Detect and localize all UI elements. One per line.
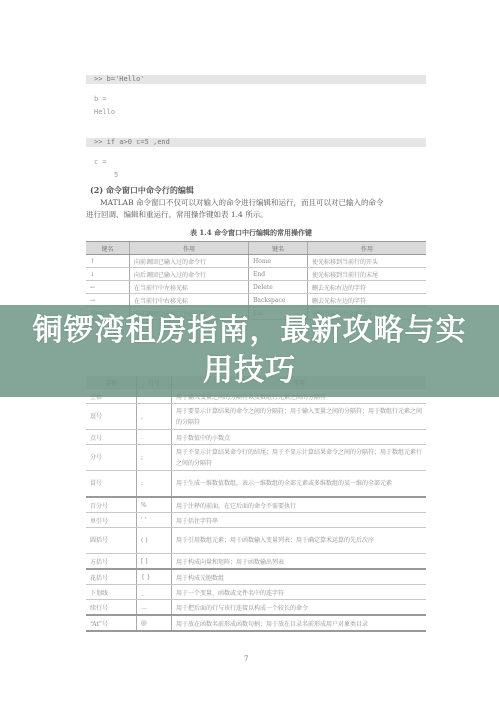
table-row: 单引号' '用于括住字符串 (86, 513, 426, 528)
paragraph-line: MATLAB 命令窗口不仅可以对输入的命令进行编辑和运行，而且可以对已输入的命令 (100, 197, 383, 208)
table-row: 方括号[ ]用于构成向量和矩阵；用于函数输出列表 (86, 554, 426, 570)
table-row: 逗号,用于要显示计算结果的命令之间的分隔符；用于输入变量之间的分隔符；用于数组行… (86, 404, 426, 430)
table-row: 圆括号( )用于引用数组元素；用于函数输入变量列表；用于确定算术运算的先后次序 (86, 528, 426, 554)
column-header: 键名 (86, 242, 130, 255)
table-row: 分号;用于不显示计算结果命令行的结尾；用于不显示计算结果命令之间的分隔符；用于数… (86, 445, 426, 471)
table-row: ←在当前行中左移光标Delete删去光标右边的字符 (86, 281, 426, 294)
code-input-line: >> b='Hello' (86, 75, 426, 84)
section-heading: (2) 命令窗口中命令行的编辑 (90, 185, 194, 196)
table-row: “At”号@用于放在函数名前形成函数句柄；用于放在目录名前形成用户对象类目录 (86, 615, 426, 631)
banner-title: 铜锣湾租房指南，最新攻略与实用技巧 (30, 311, 470, 391)
table-row: 续行号…用于把后面的行与该行连接以构成一个较长的命令 (86, 600, 426, 616)
column-header: 键名 (249, 242, 308, 255)
table-row: ↓向后调回已输入过的命令行End使光标移到当前行的末尾 (86, 268, 426, 281)
page-number: 7 (244, 655, 248, 663)
title-banner: 铜锣湾租房指南，最新攻略与实用技巧 (0, 305, 499, 397)
table-row: 点号.用于数值中的小数点 (86, 430, 426, 445)
column-header: 作用 (130, 242, 249, 255)
table-row: 百分号%用于注释的前面，在它后面的命令不需要执行 (86, 497, 426, 513)
code-output: 5 (114, 171, 118, 180)
code-output: b = (94, 95, 107, 104)
table-row: 冒号:用于生成一维数值数组，表示一维数组的全部元素或多维数组的某一维的全部元素 (86, 471, 426, 498)
code-input-line: >> if a>0 c=5 ,end (86, 138, 426, 147)
table-row: ↑向前调回已输入过的命令行Home使光标移到当前行的开头 (86, 255, 426, 268)
table-row: 花括号{ }用于构成元胞数组 (86, 569, 426, 585)
paragraph-line: 进行回调、编辑和重运行。常用操作键如表 1.4 所示。 (86, 209, 268, 220)
table-row: 下划线_用于一个变量、函数或文件名中的连字符 (86, 585, 426, 600)
table-caption: 表 1.4 命令窗口中行编辑的常用操作键 (190, 228, 312, 238)
column-header: 作用 (308, 242, 427, 255)
code-output: Hello (94, 108, 115, 117)
symbols-table: 名称 符号 作用 空格用于输入变量之间的分隔符以及数组行元素之间的分隔符 逗号,… (86, 376, 426, 632)
code-output: c = (94, 158, 107, 167)
